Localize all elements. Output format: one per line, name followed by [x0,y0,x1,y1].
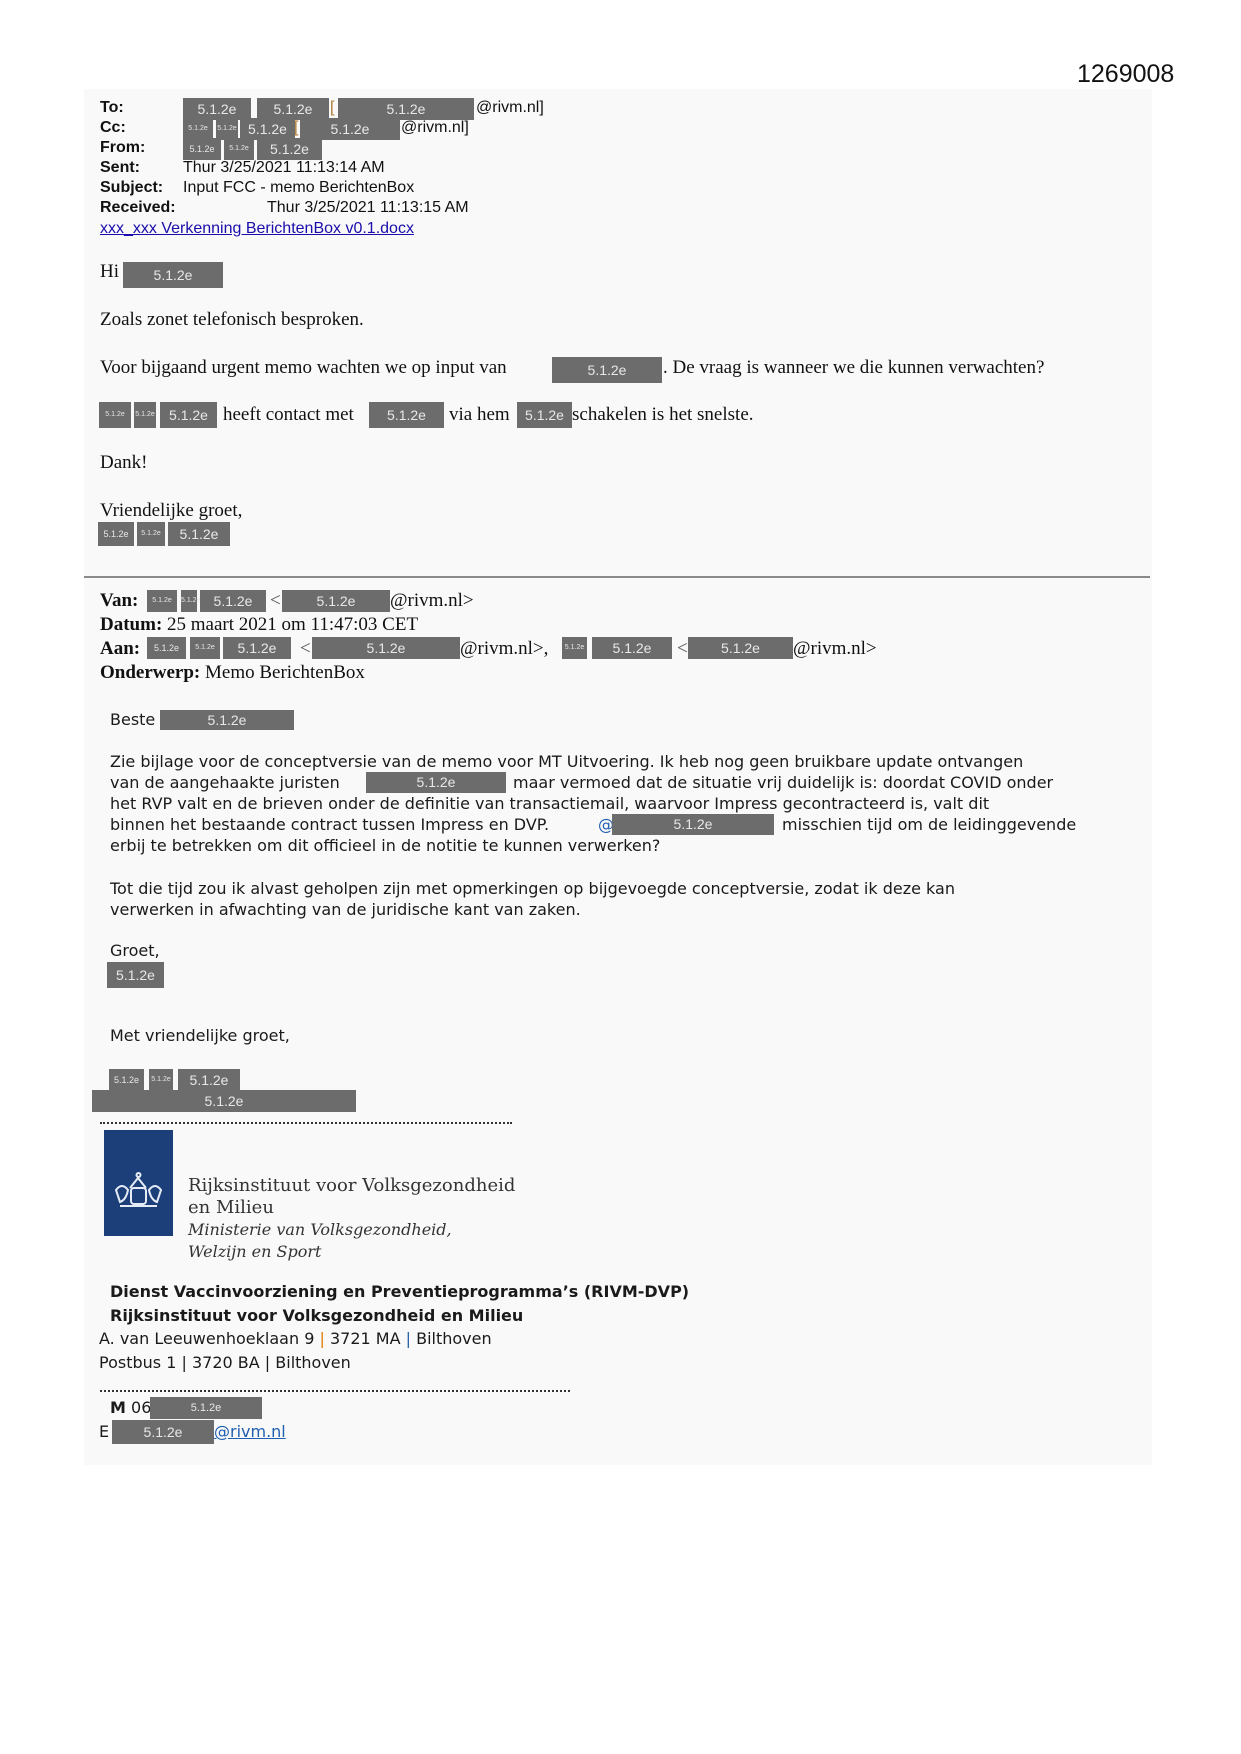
body-line: heeft contact met [223,404,354,426]
redaction: 5.1.2e [149,1069,173,1091]
logo-org-line: en Milieu [188,1197,274,1218]
onderwerp-value: Memo BerichtenBox [205,662,365,683]
cc-label: Cc: [100,119,126,137]
redaction: 5.1.2e [240,118,295,140]
logo-ministry-line: Ministerie van Volksgezondheid, [188,1220,452,1239]
received-label: Received: [100,199,176,217]
coat-of-arms-icon [104,1130,173,1236]
redaction: 5.1.2e [123,262,223,288]
redaction: 5.1.2e [200,590,266,612]
datum-value: 25 maart 2021 om 11:47:03 CET [167,614,418,635]
redaction: 5.1.2e [224,138,254,160]
redaction: 5.1.2e [300,118,400,140]
email-label: E [99,1422,109,1441]
redaction: 5.1.2e [369,402,444,428]
redaction: 5.1.2e [257,138,322,160]
body-line: . De vraag is wanneer we die kunnen verw… [663,357,1044,379]
thanks: Dank! [100,452,147,474]
van-email-domain: @rivm.nl> [390,590,474,612]
logo-org-line: Rijksinstituut voor Volksgezondheid [188,1175,515,1196]
redaction: 5.1.2e [181,590,197,612]
subject-value: Input FCC - memo BerichtenBox [183,179,414,197]
redaction: 5.1.2e [92,1090,356,1112]
cc-email-domain: @rivm.nl] [401,119,469,137]
redaction: 5.1.2e [147,637,186,659]
sent-label: Sent: [100,159,140,177]
subject-label: Subject: [100,179,163,197]
onderwerp-label: Onderwerp: [100,662,200,683]
redaction: 5.1.2e [190,637,220,659]
institute-name: Rijksinstituut voor Volksgezondheid en M… [110,1306,523,1325]
redaction: 5.1.2e [107,962,164,988]
aan-email-domain-2: @rivm.nl> [793,638,877,660]
body-line: Zie bijlage voor de conceptversie van de… [110,752,1023,771]
redaction: 5.1.2e [257,98,329,120]
redaction: 5.1.2e [99,402,131,428]
received-value: Thur 3/25/2021 11:13:15 AM [267,199,469,217]
mobile-label: M [110,1398,126,1417]
redaction: 5.1.2e [366,772,506,793]
redaction: 5.1.2e [178,1069,240,1091]
redaction: 5.1.2e [160,402,217,428]
redaction: 5.1.2e [282,590,390,612]
redaction: 5.1.2e [216,118,238,140]
redaction: 5.1.2e [147,590,177,612]
body-line: maar vermoed dat de situatie vrij duidel… [513,773,1053,792]
datum-label: Datum: [100,614,162,635]
dotted-divider [100,1390,570,1392]
body-line: Tot die tijd zou ik alvast geholpen zijn… [110,879,955,898]
body-line: Zoals zonet telefonisch besproken. [100,309,364,331]
from-label: From: [100,139,145,157]
body-line: van de aangehaakte juristen [110,773,340,792]
greeting: Beste [110,710,155,729]
redaction: 5.1.2e [183,118,213,140]
email-separator [84,576,1150,578]
closing: Vriendelijke groet, [100,500,242,522]
attachment-link[interactable]: xxx_xxx Verkenning BerichtenBox v0.1.doc… [100,220,414,238]
body-line: het RVP valt en de brieven onder de defi… [110,794,989,813]
mobile-prefix: 06 [131,1398,151,1417]
email-link[interactable]: @rivm.nl [214,1422,286,1441]
van-label: Van: [100,590,138,611]
dotted-divider [100,1122,512,1124]
document-number: 1269008 [1077,60,1174,89]
closing: Groet, [110,941,160,960]
postbus-line: Postbus 1 | 3720 BA | Bilthoven [99,1353,351,1372]
to-label: To: [100,99,124,117]
redaction: 5.1.2e [160,710,294,730]
rijksoverheid-logo [104,1130,173,1236]
redaction: 5.1.2e [112,1420,214,1444]
closing: Met vriendelijke groet, [110,1026,290,1045]
address-line: A. van Leeuwenhoeklaan 9 | 3721 MA | Bil… [99,1329,492,1348]
body-line: misschien tijd om de leidinggevende [782,815,1076,834]
greeting: Hi [100,261,119,283]
logo-ministry-line: Welzijn en Sport [188,1242,321,1261]
redaction: 5.1.2e [338,98,474,120]
redaction: 5.1.2e [592,637,672,659]
redaction: 5.1.2e [183,98,251,120]
body-line: schakelen is het snelste. [572,404,754,426]
redaction: 5.1.2e [98,522,134,546]
redaction: 5.1.2e [150,1397,262,1419]
body-line: erbij te betrekken om dit officieel in d… [110,836,660,855]
sent-value: Thur 3/25/2021 11:13:14 AM [183,159,385,177]
aan-email-domain-1: @rivm.nl>, [460,638,548,660]
redaction: 5.1.2e [688,637,793,659]
redaction: 5.1.2e [223,637,291,659]
department-name: Dienst Vaccinvoorziening en Preventiepro… [110,1282,689,1301]
body-line: binnen het bestaande contract tussen Imp… [110,815,549,834]
redaction: 5.1.2e [137,522,165,546]
redaction: 5.1.2e [562,637,587,659]
to-email-domain: @rivm.nl] [476,99,544,117]
redaction: 5.1.2e [168,522,230,546]
redaction: 5.1.2e [109,1069,144,1091]
redaction: 5.1.2e [612,814,774,835]
redaction: 5.1.2e [183,138,221,160]
redaction: 5.1.2e [312,637,460,659]
redaction: 5.1.2e [552,357,662,383]
body-line: verwerken in afwachting van de juridisch… [110,900,581,919]
body-line: Voor bijgaand urgent memo wachten we op … [100,357,507,379]
aan-label: Aan: [100,638,140,659]
redaction: 5.1.2e [134,402,156,428]
body-line: via hem [449,404,510,426]
redaction: 5.1.2e [517,402,572,428]
